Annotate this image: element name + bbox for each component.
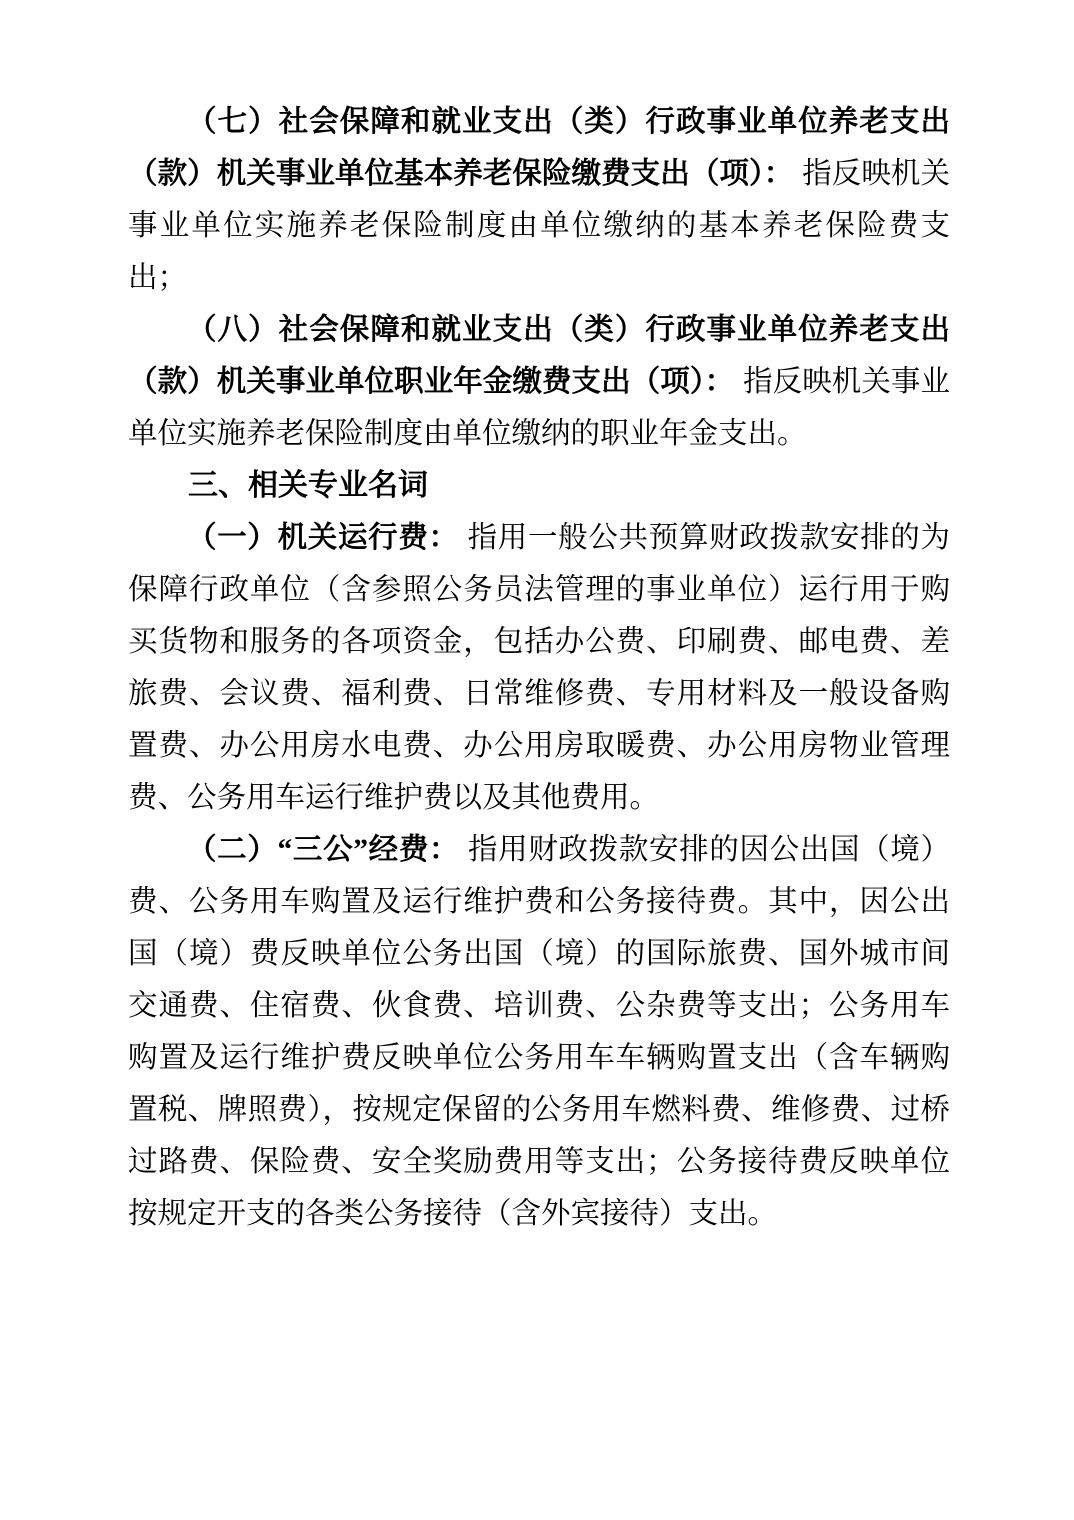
paragraph-term-two: （二）“三公”经费：指用财政拨款安排的因公出国（境）费、公务用车购置及运行维护费… [128, 824, 950, 1240]
paragraph-term-one-text: 指用一般公共预算财政拨款安排的为保障行政单位（含参照公务员法管理的事业单位）运行… [128, 522, 950, 814]
paragraph-term-two-text: 指用财政拨款安排的因公出国（境）费、公务用车购置及运行维护费和公务接待费。其中，… [128, 834, 950, 1230]
paragraph-term-one: （一）机关运行费：指用一般公共预算财政拨款安排的为保障行政单位（含参照公务员法管… [128, 512, 950, 824]
paragraph-item-seven: （七）社会保障和就业支出（类）行政事业单位养老支出（款）机关事业单位基本养老保险… [128, 96, 950, 304]
document-page: （七）社会保障和就业支出（类）行政事业单位养老支出（款）机关事业单位基本养老保险… [0, 0, 1074, 1520]
paragraph-item-eight: （八）社会保障和就业支出（类）行政事业单位养老支出（款）机关事业单位职业年金缴费… [128, 304, 950, 460]
paragraph-term-two-lead: （二）“三公”经费： [187, 834, 459, 866]
section-heading: 三、相关专业名词 [128, 460, 950, 512]
paragraph-term-one-lead: （一）机关运行费： [187, 522, 459, 554]
